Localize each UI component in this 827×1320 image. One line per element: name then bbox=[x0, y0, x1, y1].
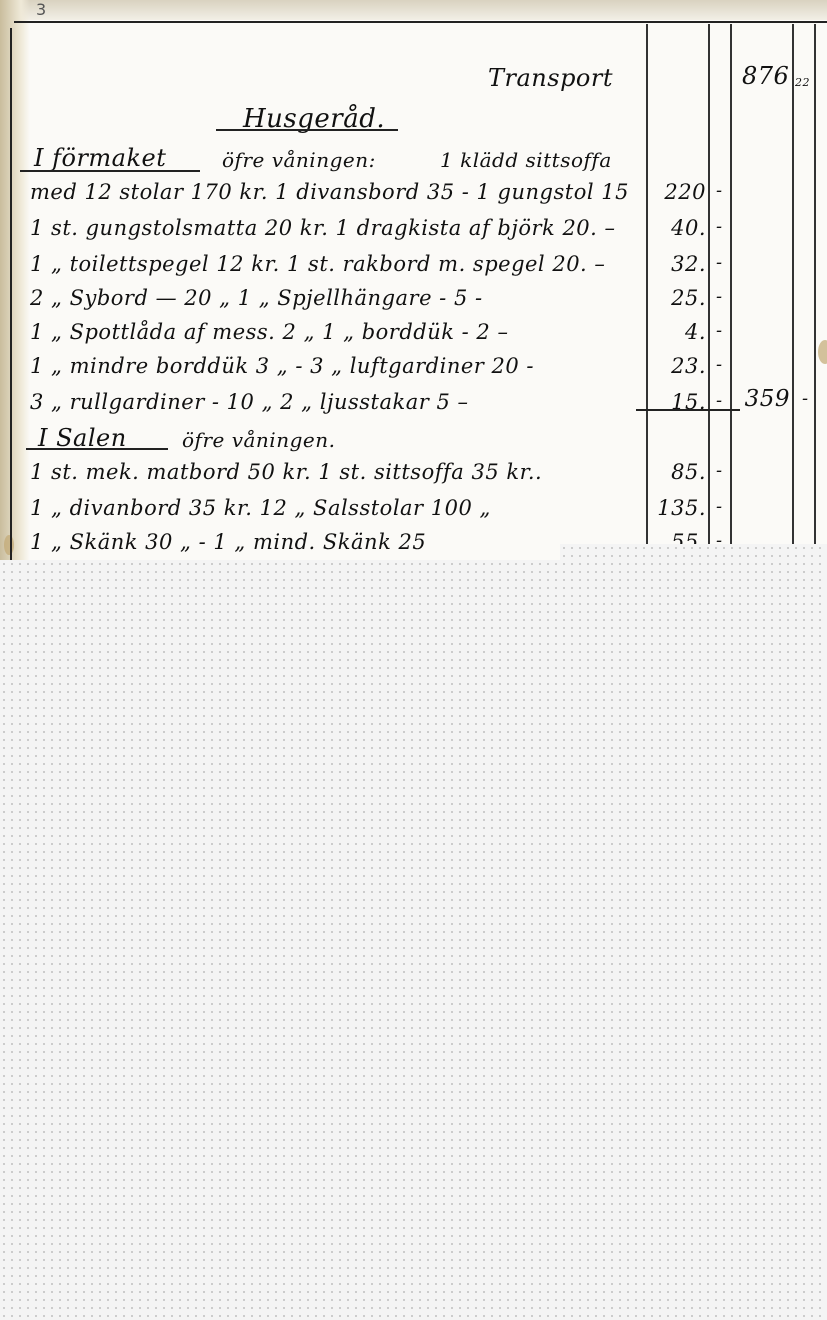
ledger-line-text: 1 „ mindre borddük 3 „ - 3 „ luftgardine… bbox=[30, 354, 534, 378]
section-subtotal: 359 bbox=[734, 386, 790, 412]
transport-amount: 876 bbox=[742, 62, 789, 90]
ledger-line-ore: - bbox=[716, 390, 723, 411]
ledger-line-ore: - bbox=[716, 496, 723, 517]
ledger-line-ore: - bbox=[716, 354, 723, 375]
ledger-line-ore: - bbox=[716, 460, 723, 481]
section-title: I förmaket bbox=[34, 144, 166, 172]
ledger-line-ore: - bbox=[716, 180, 723, 201]
paper-stain bbox=[4, 535, 14, 555]
ledger-page-scan: 3 Transport 876 22 Husgeråd. I förmaket … bbox=[0, 0, 827, 560]
heading-underline bbox=[216, 129, 398, 131]
ledger-line-amount: 40. bbox=[650, 216, 706, 240]
transport-label: Transport bbox=[488, 64, 613, 92]
ledger-line-ore: - bbox=[716, 252, 723, 273]
ledger-line-amount: 32. bbox=[650, 252, 706, 276]
column-rule-right bbox=[814, 24, 816, 560]
ledger-line-text: 3 „ rullgardiner - 10 „ 2 „ ljusstakar 5… bbox=[30, 390, 469, 414]
ledger-line-text: 1 „ toilettspegel 12 kr. 1 st. rakbord m… bbox=[30, 252, 605, 276]
section-subtitle: öfre våningen. bbox=[182, 428, 335, 452]
unloaded-region bbox=[560, 544, 827, 560]
column-rule-total-left bbox=[730, 24, 732, 560]
ledger-line-ore: - bbox=[716, 216, 723, 237]
ledger-line-amount: 4. bbox=[650, 320, 706, 344]
section-subtitle: öfre våningen: bbox=[222, 148, 376, 172]
ledger-line-amount: 85. bbox=[650, 460, 706, 484]
ledger-line-amount: 23. bbox=[650, 354, 706, 378]
column-rule-amount-ore bbox=[708, 24, 710, 560]
left-margin-rule bbox=[10, 28, 12, 560]
page-top-edge bbox=[0, 0, 827, 20]
column-rule-total-ore bbox=[792, 24, 794, 560]
ledger-line-amount: 135. bbox=[650, 496, 706, 520]
ledger-line-ore: - bbox=[716, 320, 723, 341]
ledger-line-text: 1 st. mek. matbord 50 kr. 1 st. sittsoff… bbox=[30, 460, 542, 484]
column-rule-amount-left bbox=[646, 24, 648, 560]
ledger-line-text: 1 „ Skänk 30 „ - 1 „ mind. Skänk 25 bbox=[30, 530, 426, 554]
ledger-line-amount: 220 bbox=[650, 180, 706, 204]
ledger-line-text: 2 „ Sybord — 20 „ 1 „ Spjellhängare - 5 … bbox=[30, 286, 483, 310]
page-left-edge bbox=[0, 0, 30, 560]
section-title-underline bbox=[20, 170, 200, 172]
page-number: 3 bbox=[36, 0, 46, 19]
ledger-line-text: 1 „ divanbord 35 kr. 12 „ Salsstolar 100… bbox=[30, 496, 491, 520]
subtotal-rule bbox=[636, 409, 740, 411]
ledger-line-text: 1 klädd sittsoffa bbox=[440, 148, 612, 172]
paper-stain bbox=[818, 340, 827, 364]
section-subtotal-ore: - bbox=[802, 388, 809, 409]
section-title-underline bbox=[26, 448, 168, 450]
ledger-line-text: 1 „ Spottlåda af mess. 2 „ 1 „ borddük -… bbox=[30, 320, 508, 344]
transport-ore: 22 bbox=[795, 76, 810, 89]
ledger-line-text: 1 st. gungstolsmatta 20 kr. 1 dragkista … bbox=[30, 216, 616, 240]
ledger-line-text: med 12 stolar 170 kr. 1 divansbord 35 - … bbox=[30, 180, 629, 204]
ledger-line-amount: 25. bbox=[650, 286, 706, 310]
top-rule bbox=[14, 21, 827, 23]
ledger-line-ore: - bbox=[716, 286, 723, 307]
